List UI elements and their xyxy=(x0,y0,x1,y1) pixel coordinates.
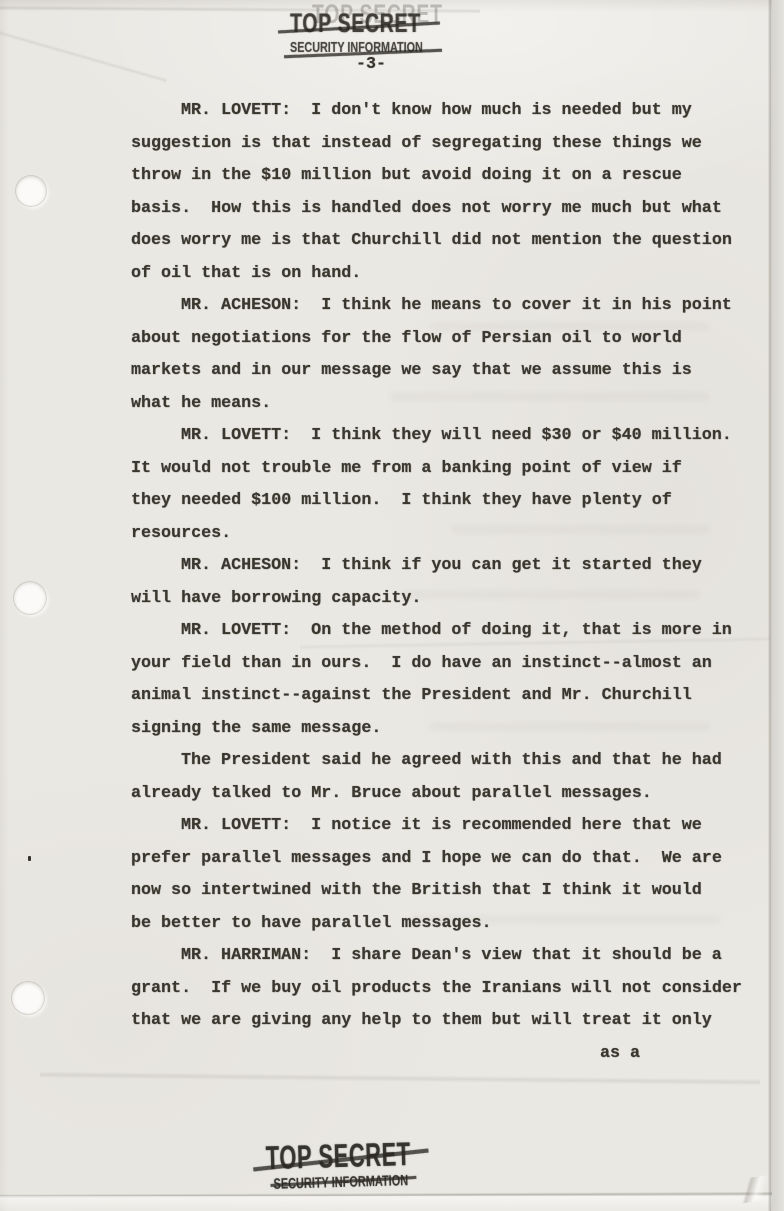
catchword-line: as a xyxy=(131,1038,756,1071)
transcript-line: that we are giving any help to them but … xyxy=(131,1005,756,1038)
transcript-line: they needed $100 million. I think they h… xyxy=(131,485,756,518)
paper-bottom-margin xyxy=(0,1196,772,1211)
transcript-line: throw in the $10 million but avoid doing… xyxy=(131,160,756,193)
hole-punch xyxy=(16,176,46,206)
transcript-line: be better to have parallel messages. xyxy=(131,908,756,941)
transcript-line: already talked to Mr. Bruce about parall… xyxy=(131,778,756,811)
transcript-line: MR. LOVETT: I don't know how much is nee… xyxy=(131,95,756,128)
transcript-line: It would not trouble me from a banking p… xyxy=(131,453,756,486)
transcript-line: grant. If we buy oil products the Irania… xyxy=(131,973,756,1006)
transcript-line: markets and in our message we say that w… xyxy=(131,355,756,388)
transcript-line: signing the same message. xyxy=(131,713,756,746)
transcript-line: does worry me is that Churchill did not … xyxy=(131,225,756,258)
classification-stamp-top: TOP SECRET TOP SECRET SECURITY INFORMATI… xyxy=(290,10,490,57)
paper-crease xyxy=(40,1071,760,1086)
transcript-line: prefer parallel messages and I hope we c… xyxy=(131,843,756,876)
ink-speck xyxy=(28,856,31,861)
transcript-line: MR. LOVETT: I notice it is recommended h… xyxy=(131,810,756,843)
hole-punch xyxy=(14,582,46,614)
transcript-body: MR. LOVETT: I don't know how much is nee… xyxy=(131,95,756,1070)
transcript-line: suggestion is that instead of segregatin… xyxy=(131,128,756,161)
page-number: -3- xyxy=(356,55,386,74)
transcript-line: MR. ACHESON: I think if you can get it s… xyxy=(131,550,756,583)
transcript-line: your field than in ours. I do have an in… xyxy=(131,648,756,681)
transcript-line: will have borrowing capacity. xyxy=(131,583,756,616)
transcript-line: MR. LOVETT: I think they will need $30 o… xyxy=(131,420,756,453)
classification-stamp-bottom: TOP SECRET SECURITY INFORMATION xyxy=(265,1135,486,1194)
transcript-line: The President said he agreed with this a… xyxy=(131,745,756,778)
paper-crease xyxy=(0,26,167,83)
hole-punch xyxy=(12,982,44,1014)
transcript-line: MR. LOVETT: On the method of doing it, t… xyxy=(131,615,756,648)
transcript-line: basis. How this is handled does not worr… xyxy=(131,193,756,226)
transcript-line: now so intertwined with the British that… xyxy=(131,875,756,908)
transcript-line: animal instinct--against the President a… xyxy=(131,680,756,713)
transcript-line: MR. ACHESON: I think he means to cover i… xyxy=(131,290,756,323)
transcript-line: what he means. xyxy=(131,388,756,421)
scanned-document-page: TOP SECRET TOP SECRET SECURITY INFORMATI… xyxy=(0,0,772,1211)
transcript-line: about negotiations for the flow of Persi… xyxy=(131,323,756,356)
scan-background xyxy=(772,0,784,1211)
transcript-line: resources. xyxy=(131,518,756,551)
transcript-line: of oil that is on hand. xyxy=(131,258,756,291)
transcript-line: MR. HARRIMAN: I share Dean's view that i… xyxy=(131,940,756,973)
